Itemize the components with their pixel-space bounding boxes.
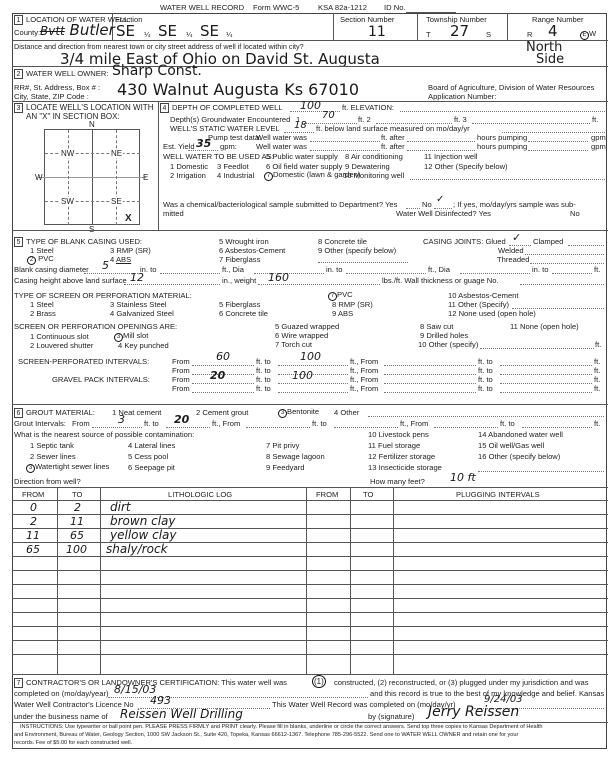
use-option-1[interactable]: 1 Domestic [170, 162, 208, 171]
label: Fuel storage [378, 441, 420, 450]
log-header-from: FROM [22, 490, 44, 499]
instructions-line-2: and Environment, Bureau of Water, Geolog… [14, 732, 518, 738]
num: 6 [219, 246, 223, 255]
contam-option-3-circled[interactable]: 3Watertight sewer lines [26, 462, 109, 473]
gpm-colon: gpm: [220, 142, 237, 151]
contam-option-9[interactable]: 9 Feedyard [266, 463, 304, 472]
casing-option-2-circled[interactable]: 2 PVC [27, 254, 54, 265]
contam-option-8[interactable]: 8 Sewage lagoon [266, 452, 325, 461]
label: ABS [338, 309, 353, 318]
screen-option-6[interactable]: 6 Concrete tile [219, 309, 268, 318]
opening-option-7[interactable]: 7 Torch cut [275, 340, 312, 349]
circled-num: 3 [26, 464, 35, 473]
section-number: 7 [14, 678, 23, 688]
casing-weight-field[interactable]: 160 [268, 271, 289, 284]
log-row-2-from[interactable]: 2 [30, 515, 37, 528]
contamination-label: What is the nearest source of possible c… [14, 430, 194, 439]
grout-option-2[interactable]: 2 Cement grout [196, 408, 248, 417]
gravel-from-field[interactable]: 20 [210, 369, 225, 382]
compass-n: N [89, 120, 95, 129]
log-row-4-from[interactable]: 65 [26, 543, 40, 556]
screen-material-label: TYPE OF SCREEN OR PERFORATION MATERIAL: [14, 291, 192, 300]
label: Injection well [434, 152, 477, 161]
use-option-9[interactable]: 9 Dewatering [345, 162, 390, 171]
grout-to-field[interactable]: 20 [174, 413, 189, 426]
section-4-depth: 4DEPTH OF COMPLETED WELL [160, 103, 283, 113]
section-number: 1 [14, 15, 23, 25]
log-row-3-to[interactable]: 65 [70, 529, 84, 542]
num: 9 [332, 309, 336, 318]
screen-from-field[interactable]: 60 [216, 350, 230, 363]
num: 11 [510, 322, 518, 331]
log-header-plugging: PLUGGING INTERVALS [456, 490, 540, 499]
log-row-1-from[interactable]: 0 [30, 501, 37, 514]
range-label: Range Number [532, 15, 584, 24]
groundwater-label: Depth(s) Groundwater Encountered [170, 115, 290, 124]
ft-end: ft. [594, 384, 600, 393]
section-2-label: 2WATER WELL OWNER: [14, 69, 108, 79]
opening-option-8[interactable]: 8 Saw cut [420, 322, 453, 331]
county-value: Butler [70, 21, 115, 39]
num: 3 [110, 246, 114, 255]
ft-end: ft. [595, 340, 601, 349]
label: ABS [116, 255, 131, 264]
county-strikeout: Bvtt [40, 24, 65, 38]
screen-option-2[interactable]: 2 Brass [30, 309, 56, 318]
ft-from-label: ft., From [400, 419, 428, 428]
contam-option-15[interactable]: 15 Oil well/Gas well [478, 441, 544, 450]
distance-extra-2: Side [536, 52, 564, 67]
num: 1 [30, 441, 34, 450]
opening-option-4[interactable]: 4 Key punched [118, 341, 169, 350]
gw-3-label: ft. 3 [454, 115, 467, 124]
casing-height-label: Casing height above land surface [14, 276, 127, 285]
num: 3 [217, 162, 221, 171]
num: 10 [448, 291, 456, 300]
num: 7 [266, 441, 270, 450]
num: 5 [219, 237, 223, 246]
range-west: W [589, 29, 596, 38]
label: Sewage lagoon [272, 452, 324, 461]
label: Concrete tile [324, 237, 367, 246]
ft-end: ft. [594, 366, 600, 375]
from-label: From [172, 384, 190, 393]
fraction-3[interactable]: SE [200, 22, 219, 40]
well-water-was-2: Well water was [256, 142, 307, 151]
compass-w: W [35, 173, 43, 182]
ft-to-label: ft. to [478, 357, 493, 366]
use-option-8[interactable]: 8 Air conditioning [345, 152, 403, 161]
screen-option-10[interactable]: 10 Asbestos-Cement [448, 291, 519, 300]
ft-end: ft. [594, 419, 600, 428]
ft-dia-2: ft., Dia [428, 265, 450, 274]
instructions-line-1: INSTRUCTIONS: Use typewriter or ball poi… [20, 724, 543, 730]
label: Fertilizer storage [379, 452, 436, 461]
screen-to-field[interactable]: 100 [300, 350, 321, 363]
label: Asbestos-Cement [458, 291, 518, 300]
label: Domestic [176, 162, 208, 171]
casing-joints-label: CASING JOINTS: Glued [423, 237, 506, 246]
ksa-reference: KSA 82a-1212 [318, 3, 367, 12]
grout-intervals-label: Grout Intervals: [14, 419, 66, 428]
contam-option-7[interactable]: 7 Pit privy [266, 441, 299, 450]
casing-option-5[interactable]: 5 Wrought iron [219, 237, 269, 246]
contam-option-2[interactable]: 2 Sewer lines [30, 452, 76, 461]
label: Oil well/Gas well [489, 441, 545, 450]
contam-option-6[interactable]: 6 Seepage pit [128, 463, 175, 472]
casing-option-7[interactable]: 7 Fiberglass [219, 255, 260, 264]
label: Livestock pens [379, 430, 429, 439]
use-option-4[interactable]: 4 Industrial [217, 171, 254, 180]
application-label: Application Number: [428, 92, 496, 101]
gpm-2: gpm [591, 142, 606, 151]
pump-test-label: Pump test data: [208, 133, 261, 142]
range-east-circled: E [580, 31, 589, 40]
label: RMP (SR) [116, 246, 150, 255]
section-number: 6 [14, 408, 23, 418]
joints-welded-label: Welded [498, 246, 524, 255]
label: Watertight sewer lines [35, 462, 109, 471]
screen-option-1[interactable]: 1 Steel [30, 300, 54, 309]
in-to-3: in. to [532, 265, 548, 274]
num: 10 [418, 340, 426, 349]
cert-line-1b: constructed, (2) reconstructed, or (3) p… [334, 678, 589, 687]
address-label: RR#, St. Address, Box # : [14, 83, 100, 92]
label: Cement grout [202, 408, 248, 417]
city-label: City, State, ZIP Code : [14, 92, 89, 101]
label: Guazed wrapped [281, 322, 339, 331]
num: 8 [266, 452, 270, 461]
contam-option-5[interactable]: 5 Cess pool [128, 452, 168, 461]
est-yield-field[interactable]: 35 [196, 137, 211, 150]
label: TYPE OF BLANK CASING USED: [26, 237, 142, 246]
opening-option-1[interactable]: 1 Continuous slot [30, 332, 89, 341]
section-number-field[interactable]: 11 [368, 24, 386, 40]
circled-num: 3 [278, 409, 287, 418]
num: 12 [424, 162, 432, 171]
circled-num: 7 [264, 172, 273, 181]
section-number: 4 [160, 103, 169, 113]
label: Torch cut [281, 340, 312, 349]
log-row-3-from[interactable]: 11 [26, 529, 40, 542]
hours-pumping-1: hours pumping [477, 133, 527, 142]
ft-from-label: ft., From [212, 419, 240, 428]
casing-option-4[interactable]: 4 ABS [110, 255, 131, 264]
contam-option-11[interactable]: 11 Fuel storage [368, 441, 420, 450]
ft-from-label: ft., From [350, 375, 378, 384]
groundwater-1-field[interactable]: 70 [322, 110, 335, 121]
label: Abandoned water well [488, 430, 563, 439]
contam-option-10[interactable]: 10 Livestock pens [368, 430, 429, 439]
constructed-circled[interactable]: (1) [312, 675, 326, 688]
township-suffix: S [486, 30, 491, 39]
chem-suffix: ; If yes, mo/day/yrs sample was sub- [453, 200, 576, 209]
township-field[interactable]: 27 [450, 22, 469, 40]
num: 1 [30, 300, 34, 309]
contam-option-1[interactable]: 1 Septic tank [30, 441, 74, 450]
gpm-1: gpm [591, 133, 606, 142]
label: Insecticide storage [379, 463, 442, 472]
screen-option-12[interactable]: 12 None used (open hole) [448, 309, 536, 318]
log-row-2-lithology[interactable]: brown clay [110, 514, 176, 528]
log-row-2-to[interactable]: 11 [70, 515, 84, 528]
num: 9 [345, 162, 349, 171]
screen-option-5[interactable]: 5 Fiberglass [219, 300, 260, 309]
static-level-label: WELL'S STATIC WATER LEVEL [170, 124, 280, 133]
section-6-grout-label: 6GROUT MATERIAL: [14, 408, 95, 418]
log-row-1-to[interactable]: 2 [74, 501, 81, 514]
label: Mill slot [123, 331, 148, 340]
gravel-intervals-label: GRAVEL PACK INTERVALS: [52, 375, 150, 384]
label: Drilled holes [426, 331, 468, 340]
business-name-field[interactable]: Reissen Well Drilling [120, 707, 243, 721]
disinfected-label: Water Well Disinfected? Yes [396, 209, 491, 218]
well-water-was-1: Well water was [256, 133, 307, 142]
licence-field[interactable]: 493 [150, 694, 171, 707]
num: 6 [275, 331, 279, 340]
range-field[interactable]: 4 [548, 22, 558, 40]
grout-option-4[interactable]: 4 Other [334, 408, 359, 417]
label: Septic tank [36, 441, 74, 450]
signature-label: by (signature) [368, 712, 414, 721]
num: 7 [219, 255, 223, 264]
openings-label: SCREEN OR PERFORATION OPENINGS ARE: [14, 322, 177, 331]
disinfected-no: No [570, 209, 580, 218]
ft-dia-1: ft., Dia [222, 265, 244, 274]
mitted-label: mitted [163, 209, 184, 218]
screen-option-9[interactable]: 9 ABS [332, 309, 353, 318]
label: Other (Specify) [458, 300, 509, 309]
label: None used (open hole) [459, 309, 536, 318]
screen-option-4[interactable]: 4 Galvanized Steel [110, 309, 174, 318]
use-option-5[interactable]: 5 Public water supply [266, 152, 338, 161]
num: 4 [217, 171, 221, 180]
label: Seepage pit [134, 463, 175, 472]
num: 6 [219, 309, 223, 318]
contam-option-12[interactable]: 12 Fertilizer storage [368, 452, 435, 461]
address-field[interactable]: 430 Walnut Augusta Ks 67010 [117, 80, 359, 99]
ft-to-label: ft. to [256, 384, 271, 393]
joints-threaded-label: Threaded [497, 255, 530, 264]
opening-option-6[interactable]: 6 Wire wrapped [275, 331, 328, 340]
ft-after-2: ft. after [381, 142, 405, 151]
num: 5 [275, 322, 279, 331]
num: 2 [30, 452, 34, 461]
label: None (open hole) [520, 322, 579, 331]
casing-option-6[interactable]: 6 Asbestos-Cement [219, 246, 285, 255]
label: Public water supply [272, 152, 337, 161]
joints-clamped-label: Clamped [533, 237, 563, 246]
casing-option-8[interactable]: 8 Concrete tile [318, 237, 367, 246]
num: 9 [420, 331, 424, 340]
use-option-3[interactable]: 3 Feedlot [217, 162, 249, 171]
num: 16 [478, 452, 486, 461]
casing-diameter-field[interactable]: 5 [102, 259, 109, 272]
log-row-3-lithology[interactable]: yellow clay [110, 528, 177, 542]
label: Other [340, 408, 359, 417]
label: LOCATE WELL'S LOCATION WITH [26, 103, 153, 112]
label: Wrought iron [225, 237, 268, 246]
num: 4 [334, 408, 338, 417]
label: Other (specify) [429, 340, 479, 349]
num: 8 [318, 237, 322, 246]
label: Dewatering [351, 162, 389, 171]
chem-no-check[interactable]: ✓ [436, 194, 444, 205]
contam-option-13[interactable]: 13 Insecticide storage [368, 463, 442, 472]
gravel-to-field[interactable]: 100 [292, 369, 313, 382]
ft-from-label: ft., From [350, 366, 378, 375]
num: 14 [478, 430, 486, 439]
county-label: County: [14, 28, 40, 37]
section-number: 5 [14, 237, 23, 247]
num: 5 [128, 452, 132, 461]
label: Irrigation [176, 171, 206, 180]
label: PVC [38, 254, 54, 263]
label: RMP (SR) [338, 300, 372, 309]
num: 1 [170, 162, 174, 171]
label: Asbestos-Cement [225, 246, 285, 255]
use-option-10[interactable]: 10 Monitoring well [343, 171, 404, 180]
log-header-plug-from: FROM [316, 490, 338, 499]
use-option-2[interactable]: 2 Irrigation [170, 171, 206, 180]
label: Monitoring well [354, 171, 405, 180]
num: 4 [118, 341, 122, 350]
num: 7 [275, 340, 279, 349]
num: 1 [112, 408, 116, 417]
casing-option-3[interactable]: 3 RMP (SR) [110, 246, 151, 255]
label: Sewer lines [36, 452, 75, 461]
in-to-2: in. to [326, 265, 342, 274]
num: 15 [478, 441, 486, 450]
log-header-lithologic: LITHOLOGIC LOG [168, 490, 232, 499]
contam-option-14[interactable]: 14 Abandoned water well [478, 430, 563, 439]
owner-field[interactable]: Sharp Const. [112, 63, 202, 79]
quarter-1: ¼ [144, 30, 150, 39]
licence-label: Water Well Contractor's Licence No [14, 700, 134, 709]
ft-to-label: ft. to [256, 375, 271, 384]
num: 2 [196, 408, 200, 417]
range-direction[interactable]: EW [580, 29, 596, 40]
chem-sample-label: Was a chemical/bacteriological sample su… [163, 200, 397, 209]
label: Cess pool [134, 452, 168, 461]
signature-field[interactable]: Jerry Reissen [428, 704, 519, 720]
casing-option-9[interactable]: 9 Other (specify below) [318, 246, 396, 255]
screen-option-3[interactable]: 3 Stainless Steel [110, 300, 167, 309]
direction-label: Direction from well? [14, 477, 81, 486]
num: 9 [266, 463, 270, 472]
screen-option-8[interactable]: 8 RMP (SR) [332, 300, 373, 309]
opening-option-5[interactable]: 5 Guazed wrapped [275, 322, 339, 331]
num: 2 [170, 171, 174, 180]
label: Air conditioning [351, 152, 403, 161]
from-label: From [172, 357, 190, 366]
quarter-2: ¼ [186, 30, 192, 39]
ft-to-label: ft. to [478, 375, 493, 384]
hours-pumping-2: hours pumping [477, 142, 527, 151]
opening-option-9[interactable]: 9 Drilled holes [420, 331, 468, 340]
township-prefix: T [426, 30, 431, 39]
label: Feedyard [272, 463, 304, 472]
depth-field[interactable]: 100 [300, 99, 321, 112]
grout-option-3-circled[interactable]: 3Bentonite [278, 407, 319, 418]
ft-to-label: ft. to [500, 419, 515, 428]
log-row-4-to[interactable]: 100 [66, 543, 87, 556]
screen-option-11[interactable]: 11 Other (Specify) [448, 300, 509, 309]
log-row-1-lithology[interactable]: dirt [110, 500, 131, 514]
joints-glued-check[interactable]: ✓ [512, 231, 521, 244]
ft-to-label: ft. to [478, 366, 493, 375]
location-mark: X [125, 213, 132, 224]
gw-2-label: ft. 2 [358, 115, 371, 124]
label: PVC [337, 290, 353, 299]
opening-option-10[interactable]: 10 Other (specify) [418, 340, 478, 349]
label: Louvered shutter [36, 341, 93, 350]
num: 10 [368, 430, 376, 439]
use-label: WELL WATER TO BE USED AS: [163, 152, 274, 161]
how-many-feet-field[interactable]: 10 ft [450, 471, 476, 484]
section-3-label-2: AN "X" IN SECTION BOX: [26, 112, 120, 121]
static-suffix: ft. below land surface measured on mo/da… [316, 124, 470, 133]
label: Key punched [124, 341, 168, 350]
ft-label: ft. [592, 115, 598, 124]
label: Pit privy [272, 441, 299, 450]
ft-to-label: ft. to [312, 419, 327, 428]
casing-height-field[interactable]: 12 [130, 271, 144, 284]
num: 5 [266, 152, 270, 161]
label: Lateral lines [134, 441, 175, 450]
quadrant-sw: SW [60, 197, 75, 206]
label: Stainless Steel [116, 300, 166, 309]
from-label: From [172, 375, 190, 384]
range-prefix: R [527, 30, 532, 39]
use-option-11[interactable]: 11 Injection well [424, 152, 478, 161]
section-number-label: Section Number [340, 15, 394, 24]
fraction-2[interactable]: SE [158, 22, 177, 40]
county-field[interactable]: Bvtt Butler [40, 21, 115, 39]
log-header-to: TO [72, 490, 82, 499]
label: Wire wrapped [281, 331, 328, 340]
num: 11 [368, 441, 376, 450]
screen-intervals-label: SCREEN-PERFORATED INTERVALS: [18, 357, 149, 366]
fraction-1[interactable]: SE [116, 22, 135, 40]
ft-to-label: ft. to [478, 384, 493, 393]
label: WATER WELL OWNER: [26, 69, 108, 78]
contam-option-16[interactable]: 16 Other (specify below) [478, 452, 560, 461]
label: Brass [36, 309, 55, 318]
contam-option-4[interactable]: 4 Lateral lines [128, 441, 175, 450]
grout-from-field[interactable]: 3 [118, 413, 125, 426]
section-number: 3 [14, 103, 23, 113]
quadrant-nw: NW [60, 149, 75, 158]
num: 2 [30, 309, 34, 318]
opening-option-2[interactable]: 2 Louvered shutter [30, 341, 93, 350]
num: 1 [30, 332, 34, 341]
static-level-field[interactable]: 18 [294, 120, 307, 131]
in-weight-label: in., weight [222, 276, 256, 285]
business-name-label: under the business name of [14, 712, 108, 721]
ft-end: ft. [594, 375, 600, 384]
num: 8 [332, 300, 336, 309]
label: GROUT MATERIAL: [26, 408, 95, 417]
opening-option-11[interactable]: 11 None (open hole) [510, 322, 579, 331]
log-row-4-lithology[interactable]: shaly/rock [106, 542, 168, 556]
label: Other (Specify below) [435, 162, 508, 171]
use-option-12[interactable]: 12 Other (Specify below) [424, 162, 508, 171]
label: Bentonite [287, 407, 319, 416]
chem-no-label: No [422, 200, 432, 209]
ft-end: ft. [594, 357, 600, 366]
num: 10 [343, 171, 351, 180]
